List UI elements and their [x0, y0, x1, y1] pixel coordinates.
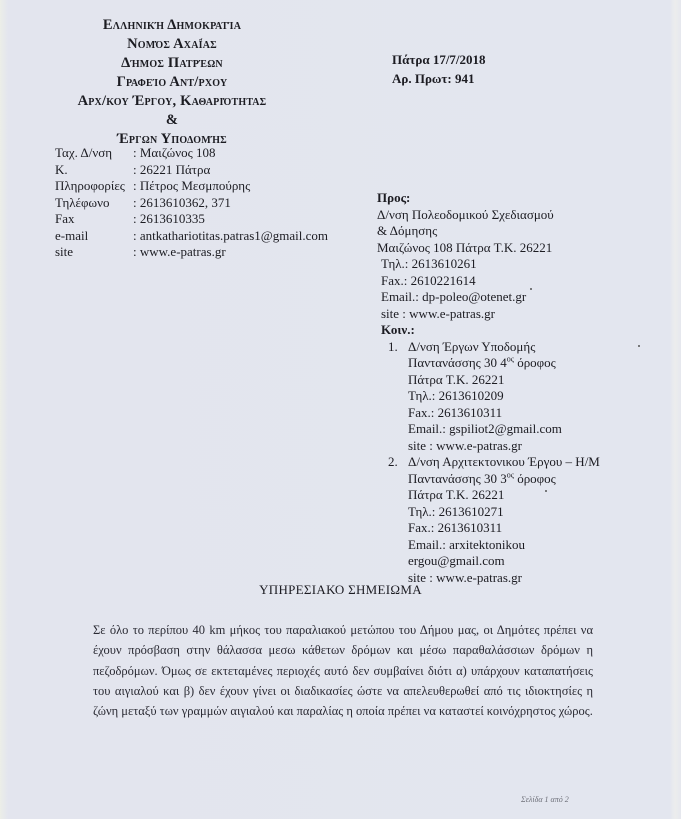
header-line: Ελληνική Δημοκρατία	[52, 16, 292, 35]
cc-address-ordinal: ος	[507, 470, 514, 479]
cc-item-line: Email.: gspiliot2@gmail.com	[408, 421, 600, 438]
contact-row: Τηλέφωνο: 2613610362, 371	[55, 195, 328, 212]
scan-speck	[530, 288, 532, 290]
header-line: &	[52, 111, 292, 130]
recipient-line: site : www.e-patras.gr	[377, 306, 600, 323]
contact-value: : Πέτρος Μεσμπούρης	[133, 178, 328, 195]
recipient-line: & Δόμησης	[377, 223, 600, 240]
contact-label: site	[55, 244, 133, 261]
contact-row: Κ.: 26221 Πάτρα	[55, 162, 328, 179]
contact-value: : www.e-patras.gr	[133, 244, 328, 261]
cc-item-line: ergou@gmail.com	[408, 553, 600, 570]
contact-row: Fax: 2613610335	[55, 211, 328, 228]
cc-address-street: Παντανάσσης 30 3	[408, 471, 507, 486]
cc-item-line: Πάτρα Τ.Κ. 26221	[408, 487, 600, 504]
header-line: Γραφείο Αντ/ρχου	[52, 73, 292, 92]
cc-item-line: Τηλ.: 2613610271	[408, 504, 600, 521]
cc-list: 1. Δ/νση Έργων Υποδομής Παντανάσσης 30 4…	[377, 339, 600, 587]
contact-value: : antkathariotitas.patras1@gmail.com	[133, 228, 328, 245]
cc-address-street: Παντανάσσης 30 4	[408, 355, 507, 370]
date-protocol-block: Πάτρα 17/7/2018 Αρ. Πρωτ: 941	[392, 50, 486, 88]
cc-item-number: 1.	[388, 339, 398, 356]
contact-value: : 2613610362, 371	[133, 195, 328, 212]
cc-address-floor: όροφος	[514, 471, 556, 486]
cc-address-ordinal: ος	[507, 355, 514, 364]
contact-row: Ταχ. Δ/νση: Μαιζώνος 108	[55, 145, 328, 162]
cc-item-line: Email.: arxitektonikou	[408, 537, 600, 554]
recipient-block: Προς: Δ/νση Πολεοδομικού Σχεδιασμού & Δό…	[377, 190, 600, 586]
page-indicator: Σελίδα 1 από 2	[521, 795, 569, 804]
recipient-line: Δ/νση Πολεοδομικού Σχεδιασμού	[377, 207, 600, 224]
recipient-line: Τηλ.: 2613610261	[377, 256, 600, 273]
scan-speck	[638, 345, 640, 347]
contact-label: Ταχ. Δ/νση	[55, 145, 133, 162]
protocol-number: Αρ. Πρωτ: 941	[392, 69, 486, 88]
contact-row: Πληροφορίες: Πέτρος Μεσμπούρης	[55, 178, 328, 195]
recipient-line: Email.: dp-poleo@otenet.gr	[377, 289, 600, 306]
cc-heading: Κοιν.:	[377, 322, 600, 339]
cc-item-address: Παντανάσσης 30 3ος όροφος	[408, 471, 600, 488]
issuing-authority-header: Ελληνική Δημοκρατία Νομός Αχαΐας Δήμος Π…	[52, 16, 292, 149]
memo-title: ΥΠΗΡΕΣΙΑΚΟ ΣΗΜΕΙΩΜΑ	[0, 582, 681, 598]
contact-row: e-mail: antkathariotitas.patras1@gmail.c…	[55, 228, 328, 245]
contact-label: e-mail	[55, 228, 133, 245]
cc-item-title: Δ/νση Έργων Υποδομής	[408, 339, 600, 356]
cc-item: 1. Δ/νση Έργων Υποδομής Παντανάσσης 30 4…	[385, 339, 600, 455]
scanned-document-page: Ελληνική Δημοκρατία Νομός Αχαΐας Δήμος Π…	[0, 0, 681, 819]
recipient-line: Μαιζώνος 108 Πάτρα Τ.Κ. 26221	[377, 240, 600, 257]
document-date: Πάτρα 17/7/2018	[392, 50, 486, 69]
contact-label: Fax	[55, 211, 133, 228]
header-line: Δήμος Πατρέων	[52, 54, 292, 73]
cc-item-title: Δ/νση Αρχιτεκτονικου Έργου – Η/Μ	[408, 454, 600, 471]
contact-label: Πληροφορίες	[55, 178, 133, 195]
cc-item-line: Πάτρα Τ.Κ. 26221	[408, 372, 600, 389]
cc-address-floor: όροφος	[514, 355, 556, 370]
cc-item-line: Fax.: 2613610311	[408, 520, 600, 537]
recipient-line: Fax.: 2610221614	[377, 273, 600, 290]
cc-item-address: Παντανάσσης 30 4ος όροφος	[408, 355, 600, 372]
scan-speck	[545, 490, 547, 492]
contact-label: Τηλέφωνο	[55, 195, 133, 212]
contact-value: : 26221 Πάτρα	[133, 162, 328, 179]
cc-item: 2. Δ/νση Αρχιτεκτονικου Έργου – Η/Μ Παντ…	[385, 454, 600, 586]
cc-item-line: Fax.: 2613610311	[408, 405, 600, 422]
contact-value: : 2613610335	[133, 211, 328, 228]
contact-label: Κ.	[55, 162, 133, 179]
cc-item-line: site : www.e-patras.gr	[408, 438, 600, 455]
contact-value: : Μαιζώνος 108	[133, 145, 328, 162]
sender-contact-table: Ταχ. Δ/νση: Μαιζώνος 108 Κ.: 26221 Πάτρα…	[55, 145, 328, 261]
cc-item-number: 2.	[388, 454, 398, 471]
header-line: Νομός Αχαΐας	[52, 35, 292, 54]
cc-item-line: Τηλ.: 2613610209	[408, 388, 600, 405]
memo-body: Σε όλο το περίπου 40 km μήκος του παραλι…	[93, 620, 593, 721]
contact-row: site: www.e-patras.gr	[55, 244, 328, 261]
recipient-heading: Προς:	[377, 190, 600, 207]
header-line: Αρχ/κου Έργου, Καθαριότητας	[52, 92, 292, 111]
